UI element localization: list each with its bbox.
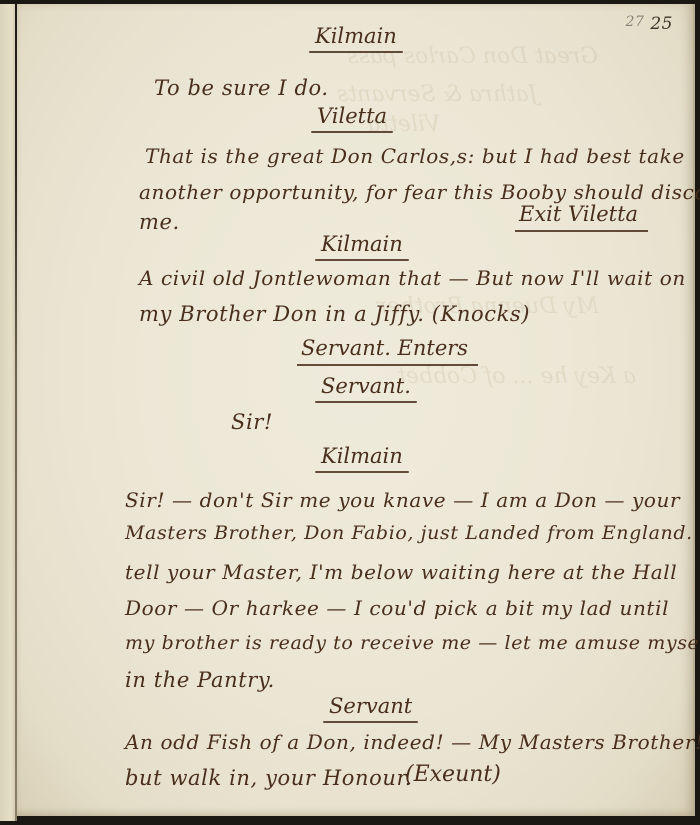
stage-direction: (Exeunt) bbox=[405, 762, 501, 787]
dialogue-line: in the Pantry. bbox=[125, 668, 275, 692]
dialogue-line: Sir! bbox=[231, 410, 273, 434]
speaker-heading: Kilmain bbox=[321, 444, 403, 468]
dialogue-line: another opportunity, for fear this Booby… bbox=[139, 180, 700, 204]
dialogue-line: An odd Fish of a Don, indeed! — My Maste… bbox=[125, 730, 700, 754]
book-gutter bbox=[0, 4, 16, 821]
dialogue-line: my Brother Don in a Jiffy. (Knocks) bbox=[139, 302, 530, 326]
speaker-heading: Viletta bbox=[317, 104, 387, 128]
speaker-heading: Servant. bbox=[321, 374, 411, 398]
stage-direction: Servant. Enters bbox=[301, 336, 468, 360]
folio-number: 2725 bbox=[626, 14, 673, 34]
pencil-folio: 27 bbox=[626, 14, 645, 30]
dialogue-line: Door — Or harkee — I cou'd pick a bit my… bbox=[125, 596, 669, 620]
ink-folio: 25 bbox=[650, 14, 673, 34]
dialogue-line: but walk in, your Honour. bbox=[125, 766, 412, 790]
manuscript-page: Great Don Carlos pass Jathra & Servants … bbox=[17, 4, 695, 816]
stage-direction: Exit Viletta bbox=[519, 202, 638, 226]
speaker-heading: Kilmain bbox=[321, 232, 403, 256]
dialogue-line: tell your Master, I'm below waiting here… bbox=[125, 560, 677, 584]
bleed-through-text: a Key he ... of Cobbet bbox=[397, 364, 636, 389]
speaker-heading: Kilmain bbox=[315, 24, 397, 48]
speaker-heading: Servant bbox=[329, 694, 412, 718]
dialogue-line: Sir! — don't Sir me you knave — I am a D… bbox=[125, 488, 680, 512]
dialogue-line: me. bbox=[139, 210, 180, 234]
page-bottom-edge bbox=[17, 816, 695, 825]
dialogue-line: my brother is ready to receive me — let … bbox=[125, 632, 700, 654]
dialogue-line: To be sure I do. bbox=[154, 76, 329, 100]
dialogue-line: Masters Brother, Don Fabio, just Landed … bbox=[125, 522, 700, 544]
dialogue-line: That is the great Don Carlos,s: but I ha… bbox=[145, 144, 685, 168]
dialogue-line: A civil old Jontlewoman that — But now I… bbox=[139, 266, 686, 290]
